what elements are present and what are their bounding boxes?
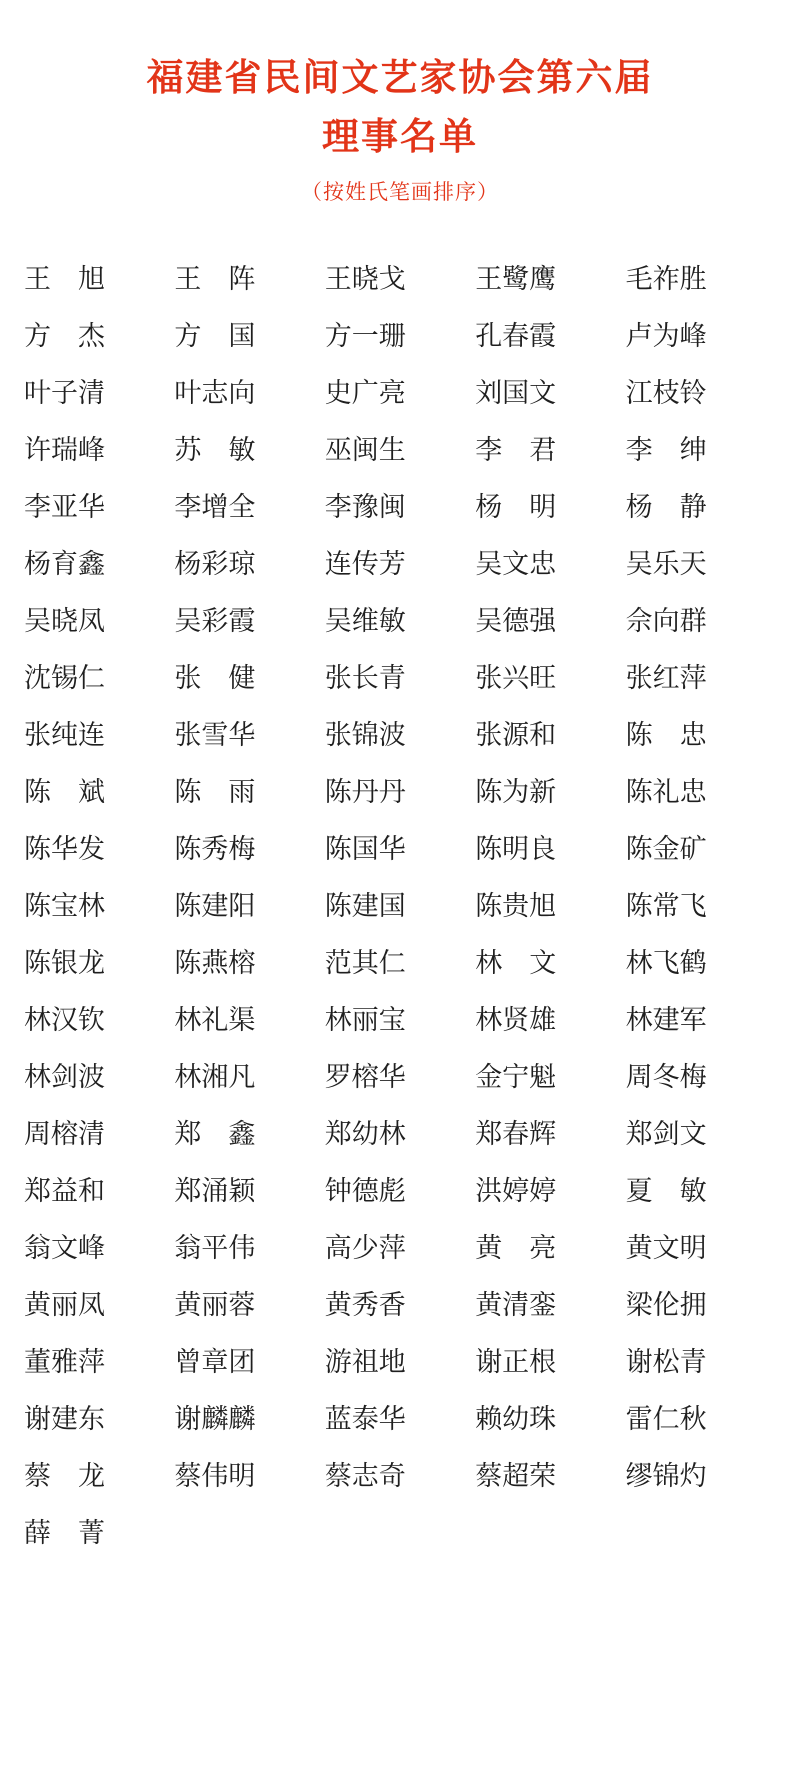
name-cell: 薛菁 [24, 1511, 105, 1550]
name-cell: 赖幼珠 [475, 1397, 556, 1436]
name-cell: 雷仁秋 [626, 1397, 707, 1436]
name-cell: 叶子清 [24, 371, 105, 410]
name-cell: 郑涌颖 [174, 1169, 255, 1208]
name-cell: 林飞鹤 [626, 941, 707, 980]
name-cell: 林丽宝 [325, 998, 406, 1037]
name-cell: 林湘凡 [174, 1055, 255, 1094]
name-cell: 缪锦灼 [626, 1454, 707, 1493]
name-cell: 杨明 [475, 485, 556, 524]
document-title-line1: 福建省民间文艺家协会第六届 [0, 48, 800, 107]
name-cell: 董雅萍 [24, 1340, 105, 1379]
name-cell: 张长青 [325, 656, 406, 695]
name-cell: 曾章团 [174, 1340, 255, 1379]
name-cell: 钟德彪 [325, 1169, 406, 1208]
name-cell: 陈斌 [24, 770, 105, 809]
name-cell: 金宁魁 [475, 1055, 556, 1094]
name-cell: 谢正根 [475, 1340, 556, 1379]
name-cell: 张健 [174, 656, 255, 695]
name-cell: 黄丽凤 [24, 1283, 105, 1322]
name-cell: 叶志向 [174, 371, 255, 410]
name-cell: 林贤雄 [475, 998, 556, 1037]
name-cell: 李绅 [626, 428, 707, 467]
name-cell: 陈银龙 [24, 941, 105, 980]
name-cell: 李君 [475, 428, 556, 467]
name-cell: 黄丽蓉 [174, 1283, 255, 1322]
name-cell: 巫闽生 [325, 428, 406, 467]
name-cell: 高少萍 [325, 1226, 406, 1265]
name-cell: 夏敏 [626, 1169, 707, 1208]
name-cell: 郑春辉 [475, 1112, 556, 1151]
name-cell: 张红萍 [626, 656, 707, 695]
name-cell: 李增全 [174, 485, 255, 524]
name-cell: 陈秀梅 [174, 827, 255, 866]
name-cell: 谢建东 [24, 1397, 105, 1436]
name-cell: 张源和 [475, 713, 556, 752]
name-cell: 洪婷婷 [475, 1169, 556, 1208]
name-cell: 陈金矿 [626, 827, 707, 866]
name-cell: 谢麟麟 [174, 1397, 255, 1436]
name-cell: 许瑞峰 [24, 428, 105, 467]
name-cell: 吴维敏 [325, 599, 406, 638]
name-cell: 杨育鑫 [24, 542, 105, 581]
name-cell: 王晓戈 [325, 257, 406, 296]
name-cell: 林汉钦 [24, 998, 105, 1037]
name-cell: 李亚华 [24, 485, 105, 524]
name-cell: 陈贵旭 [475, 884, 556, 923]
name-cell: 陈国华 [325, 827, 406, 866]
name-cell: 郑幼林 [325, 1112, 406, 1151]
name-cell: 蔡龙 [24, 1454, 105, 1493]
name-cell: 罗榕华 [325, 1055, 406, 1094]
name-cell: 黄文明 [626, 1226, 707, 1265]
name-cell: 蔡超荣 [475, 1454, 556, 1493]
name-cell: 翁平伟 [174, 1226, 255, 1265]
name-cell: 方国 [174, 314, 255, 353]
name-cell: 江枝铃 [626, 371, 707, 410]
name-cell: 卢为峰 [626, 314, 707, 353]
name-cell: 郑益和 [24, 1169, 105, 1208]
name-cell: 陈雨 [174, 770, 255, 809]
title-block: 福建省民间文艺家协会第六届 理事名单 （按姓氏笔画排序） [0, 0, 800, 206]
name-cell: 杨彩琼 [174, 542, 255, 581]
name-cell: 蔡伟明 [174, 1454, 255, 1493]
name-cell: 陈建国 [325, 884, 406, 923]
name-cell: 吴彩霞 [174, 599, 255, 638]
name-cell: 陈建阳 [174, 884, 255, 923]
name-cell: 方杰 [24, 314, 105, 353]
name-cell: 黄亮 [475, 1226, 556, 1265]
name-cell: 张锦波 [325, 713, 406, 752]
name-cell: 吴德强 [475, 599, 556, 638]
name-cell: 林礼渠 [174, 998, 255, 1037]
name-cell: 黄清銮 [475, 1283, 556, 1322]
name-cell: 陈常飞 [626, 884, 707, 923]
name-cell: 郑鑫 [174, 1112, 255, 1151]
name-cell: 陈华发 [24, 827, 105, 866]
name-cell: 王旭 [24, 257, 105, 296]
name-cell: 吴文忠 [475, 542, 556, 581]
document-title-line2: 理事名单 [0, 107, 800, 166]
name-cell: 佘向群 [626, 599, 707, 638]
name-cell: 谢松青 [626, 1340, 707, 1379]
name-cell: 周榕清 [24, 1112, 105, 1151]
name-cell: 陈为新 [475, 770, 556, 809]
name-cell: 王鹭鹰 [475, 257, 556, 296]
name-cell: 林剑波 [24, 1055, 105, 1094]
name-cell: 黄秀香 [325, 1283, 406, 1322]
name-cell: 刘国文 [475, 371, 556, 410]
name-cell: 方一珊 [325, 314, 406, 353]
names-grid: 王旭王阵王晓戈王鹭鹰毛祚胜方杰方国方一珊孔春霞卢为峰叶子清叶志向史广亮刘国文江枝… [0, 248, 800, 1559]
name-cell: 范其仁 [325, 941, 406, 980]
name-cell: 吴晓凤 [24, 599, 105, 638]
name-cell: 郑剑文 [626, 1112, 707, 1151]
name-cell: 苏敏 [174, 428, 255, 467]
name-cell: 张纯连 [24, 713, 105, 752]
name-cell: 孔春霞 [475, 314, 556, 353]
name-cell: 陈明良 [475, 827, 556, 866]
name-cell: 史广亮 [325, 371, 406, 410]
name-cell: 梁伦拥 [626, 1283, 707, 1322]
name-cell: 陈丹丹 [325, 770, 406, 809]
name-cell: 陈礼忠 [626, 770, 707, 809]
name-cell: 沈锡仁 [24, 656, 105, 695]
name-cell: 张兴旺 [475, 656, 556, 695]
name-cell: 蓝泰华 [325, 1397, 406, 1436]
name-cell: 蔡志奇 [325, 1454, 406, 1493]
name-cell: 林建军 [626, 998, 707, 1037]
name-cell: 杨静 [626, 485, 707, 524]
sort-order-note: （按姓氏笔画排序） [0, 176, 800, 206]
name-cell: 毛祚胜 [626, 257, 707, 296]
name-cell: 王阵 [174, 257, 255, 296]
name-cell: 吴乐天 [626, 542, 707, 581]
name-cell: 连传芳 [325, 542, 406, 581]
document-page: 福建省民间文艺家协会第六届 理事名单 （按姓氏笔画排序） 王旭王阵王晓戈王鹭鹰毛… [0, 0, 800, 1771]
name-cell: 翁文峰 [24, 1226, 105, 1265]
name-cell: 张雪华 [174, 713, 255, 752]
name-cell: 游祖地 [325, 1340, 406, 1379]
name-cell: 陈宝林 [24, 884, 105, 923]
name-cell: 林文 [475, 941, 556, 980]
name-cell: 周冬梅 [626, 1055, 707, 1094]
name-cell: 陈忠 [626, 713, 707, 752]
name-cell: 李豫闽 [325, 485, 406, 524]
name-cell: 陈燕榕 [174, 941, 255, 980]
